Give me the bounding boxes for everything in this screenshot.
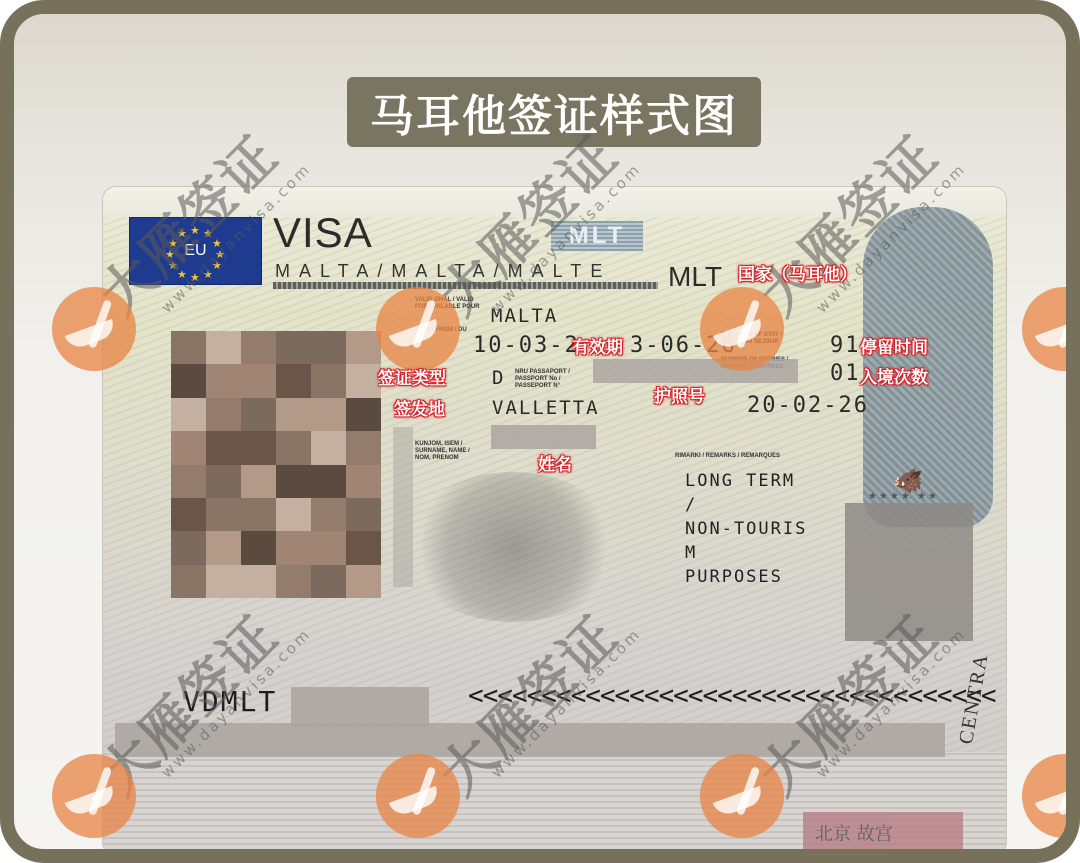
duration-value: 91 [830,333,861,358]
passport-number-redacted [593,359,798,383]
photo-pixel [206,565,241,598]
photo-pixel [346,498,381,531]
photo-pixel [206,431,241,464]
seal-emblem [403,472,623,622]
photo-pixel [276,431,311,464]
photo-pixel [241,398,276,431]
photo-pixel [346,431,381,464]
photo-pixel [311,565,346,598]
photo-pixel [241,565,276,598]
annotation-entries: 入境次数 [860,363,928,388]
photo-pixel [346,364,381,397]
photo-pixel [346,465,381,498]
annotation-name: 姓名 [538,450,572,475]
photo-pixel [241,331,276,364]
photo-pixel [346,531,381,564]
brand-logo-icon [700,287,784,371]
annotation-duration: 停留时间 [860,333,928,358]
photo-pixel [311,531,346,564]
annotation-passport-no: 护照号 [654,382,705,407]
annotation-visa-type: 签证类型 [378,364,446,389]
photo-pixel [276,465,311,498]
annotation-country: 国家（马耳他） [738,260,857,285]
remarks-line: NON-TOURIS [685,517,807,541]
annotation-issue-place: 签发地 [394,395,445,420]
photo-pixel [241,431,276,464]
remarks-line: / [685,493,807,517]
photo-pixel [346,398,381,431]
photo-pixel [311,431,346,464]
visa-heading: VISA [273,209,373,257]
photo-pixel [276,565,311,598]
brand-logo-icon [376,754,460,838]
photo-pixel [206,465,241,498]
photo-pixel [241,531,276,564]
brand-logo-icon [1022,754,1080,838]
label-surname: KUNJOM, ISEM / SURNAME, NAME / NOM, PREN… [415,441,485,462]
valid-from-value: 10-03-2 [473,333,580,358]
date-of-issue-value: 20-02-26 [747,393,869,418]
remarks-line: LONG TERM [685,469,807,493]
page-title: 马耳他签证样式图 [347,77,761,147]
photo-pixel [206,364,241,397]
photo-pixel [276,364,311,397]
annotation-validity: 有效期 [572,333,623,358]
photo-pixel [241,465,276,498]
photo-pixel [171,465,206,498]
photo-pixel [171,431,206,464]
photo-pixel [311,398,346,431]
photo-pixel [311,498,346,531]
photo-pixel [206,531,241,564]
visa-sticker: ★ ★ ★ ★ ★ ★ ★ ★ ★ ★ ★ ★ EU VISA MALTA/MA… [102,186,1007,856]
remarks-line: PURPOSES [685,565,807,589]
bottom-stamp: 北京 故宫 [803,812,963,856]
issued-in-value: VALLETTA [492,397,600,419]
photo-pixel [171,364,206,397]
image-frame: 马耳他签证样式图 ★ ★ ★ ★ ★ ★ ★ ★ ★ ★ ★ ★ EU VISA… [0,0,1080,863]
holder-photo-blurred [171,331,381,598]
brand-logo-icon [376,287,460,371]
mrz-redacted-1 [291,687,429,727]
photo-pixel [206,498,241,531]
photo-pixel [241,498,276,531]
vertical-redacted [393,427,413,587]
brand-logo-icon [1022,287,1080,371]
stars-row: ★★★★ ★★ [868,491,939,502]
photo-pixel [171,531,206,564]
visa-type-value: D [492,367,505,389]
photo-pixel [346,565,381,598]
entries-value: 01 [830,361,861,386]
brand-logo-icon [52,287,136,371]
photo-pixel [206,398,241,431]
photo-pixel [276,331,311,364]
photo-pixel [171,331,206,364]
photo-pixel [241,364,276,397]
photo-pixel [276,398,311,431]
label-remarks: RIMARKI / REMARKS / REMARQUES [675,453,795,460]
photo-pixel [276,498,311,531]
name-redacted [491,425,596,449]
photo-pixel [206,331,241,364]
photo-pixel [276,531,311,564]
brand-logo-icon [52,754,136,838]
photo-pixel [311,465,346,498]
photo-pixel [311,364,346,397]
brand-logo-icon [700,754,784,838]
photo-pixel [171,565,206,598]
label-passport: NRU PASSAPORT / PASSPORT No / PASSEPORT … [515,369,585,390]
remarks-line: M [685,541,807,565]
photo-pixel [171,498,206,531]
photo-pixel [171,398,206,431]
remarks-block: LONG TERM / NON-TOURIS M PURPOSES [685,469,807,589]
state-code: MLT [668,261,722,293]
photo-pixel [311,331,346,364]
